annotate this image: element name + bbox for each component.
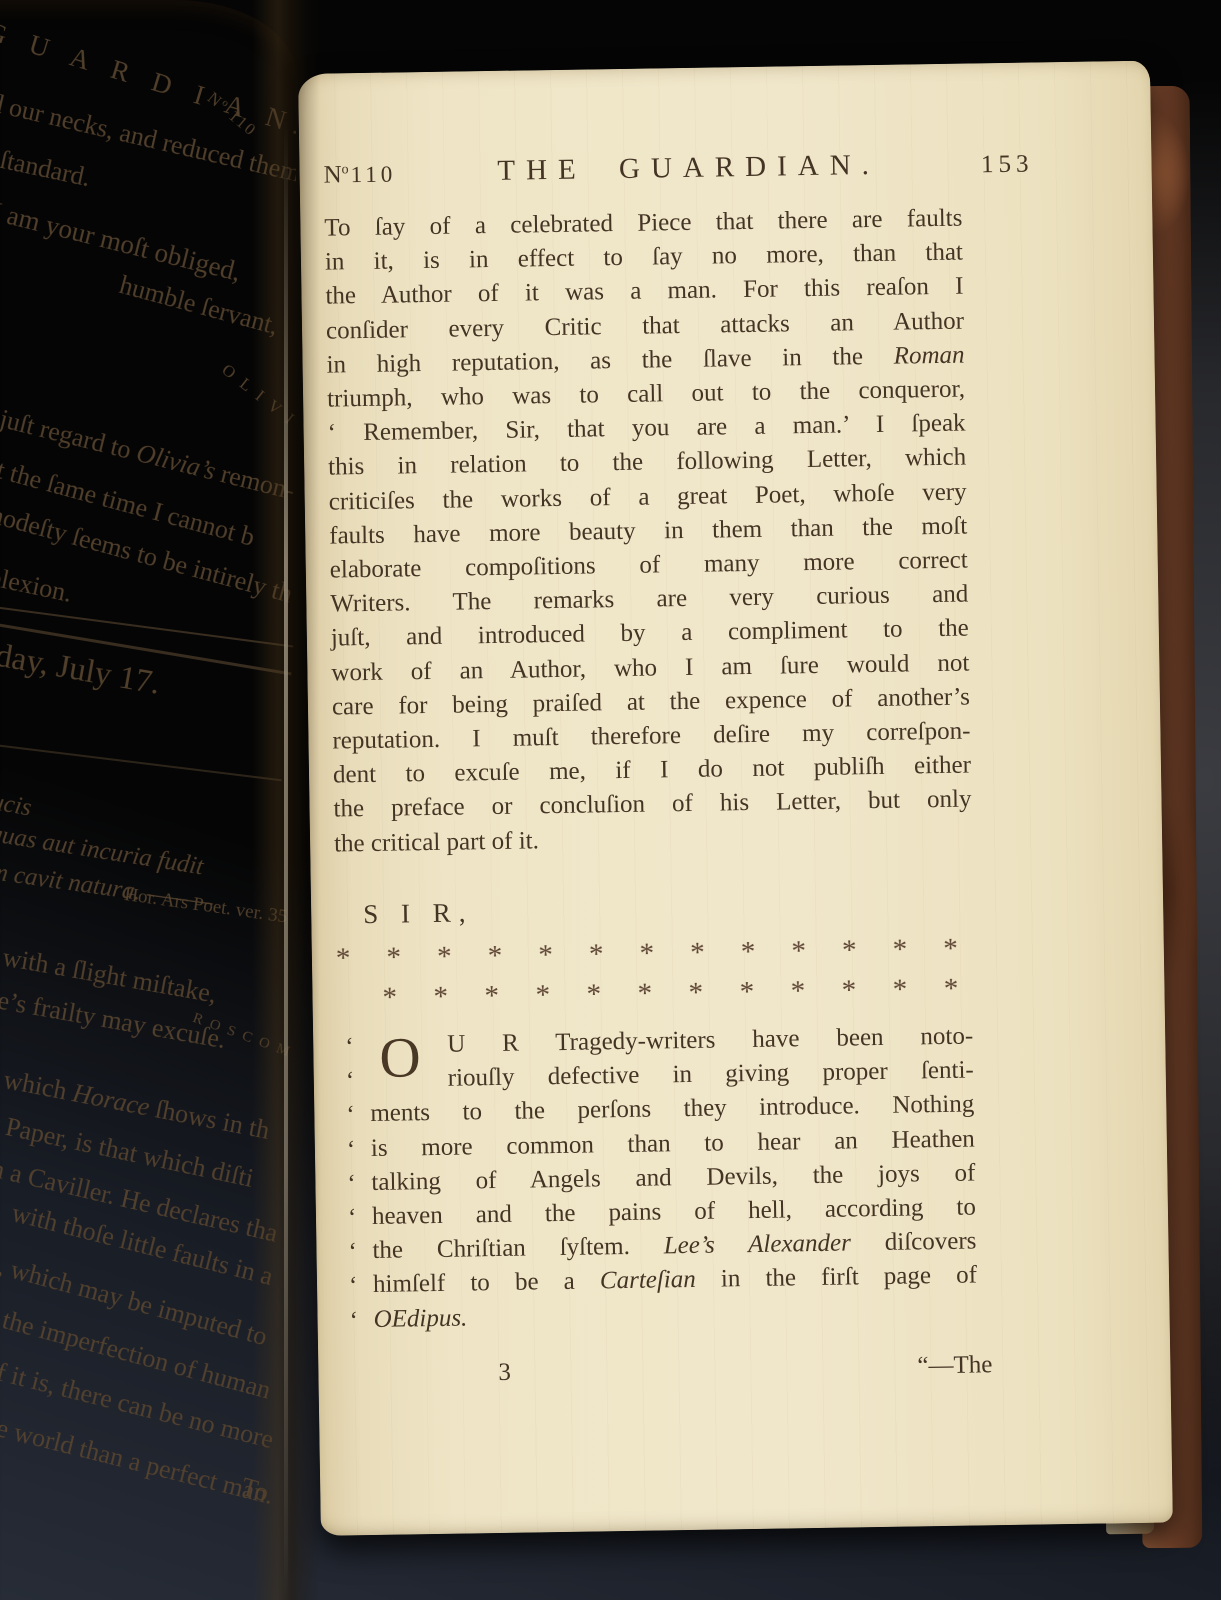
left-page: G U A R D I A N.Nº 110d our necks, and r… [0,0,296,1600]
asterisk-glyph: * [791,941,806,961]
left-page-text-fragment: ucis [0,788,34,823]
asterisk-glyph: * [944,979,959,999]
asterisk-glyph: * [589,944,604,964]
asterisk-glyph: * [386,947,401,967]
asterisk-row: ************ [382,972,958,1001]
quote-mark: ‘ [347,1133,356,1167]
asterisk-glyph: * [535,985,550,1005]
asterisk-row: ************* [336,932,958,962]
asterisk-glyph: * [842,980,857,1000]
right-page: No110 THE GUARDIAN. 153 To ſay of a cele… [298,61,1173,1536]
page-header: No110 THE GUARDIAN. 153 [323,146,1033,190]
quote-mark: ‘ [346,1064,355,1098]
letter-excerpt: O ‘U R Tragedy-writers have been noto-‘r… [369,1020,978,1337]
asterisk-glyph: * [741,942,756,962]
issue-number: No110 [323,160,396,189]
asterisk-glyph: * [484,986,499,1006]
asterisk-glyph: * [637,984,652,1004]
asterisk-glyph: * [538,945,553,965]
asterisk-glyph: * [842,940,857,960]
running-title: THE GUARDIAN. [396,147,981,189]
quote-mark: ‘ [347,1167,356,1201]
asterisk-glyph: * [689,983,704,1003]
catchword: “—The [917,1351,992,1380]
quote-mark: ‘ [346,1099,355,1133]
asterisk-glyph: * [893,980,908,1000]
quote-mark: ‘ [348,1235,357,1269]
asterisk-glyph: * [639,944,654,964]
horizontal-rule [0,604,293,647]
asterisk-glyph: * [740,982,755,1002]
quote-mark: ‘ [349,1304,358,1338]
asterisk-glyph: * [488,946,503,966]
left-page-text-fragment: plexion. [0,562,75,609]
page-number: 153 [981,150,1034,179]
asterisk-glyph: * [433,987,448,1007]
quote-mark: ‘ [345,1030,354,1064]
asterisk-glyph: * [437,947,452,967]
asterisk-glyph: * [382,988,397,1008]
left-page-text-fragment: O L I V I A [218,360,296,444]
asterisk-glyph: * [893,940,908,960]
quote-mark: ‘ [348,1201,357,1235]
intro-paragraph: To ſay of a celebrated Piece that there … [324,202,972,862]
asterisk-glyph: * [336,948,351,968]
signature-mark: 3 [498,1359,511,1386]
asterisk-glyph: * [791,981,806,1001]
left-page-text-fragment: t ſtandard. [0,142,93,193]
asterisk-glyph: * [943,939,958,959]
salutation: S I R, [363,897,474,930]
quote-mark: ‘ [349,1270,358,1304]
page-foot: 3 “—The [342,1351,992,1389]
asterisk-glyph: * [586,984,601,1004]
horizontal-rule [0,742,282,781]
left-page-text-fragment: humble ſervant, [116,270,281,341]
asterisk-glyph: * [690,943,705,963]
book-photo: G U A R D I A N.Nº 110d our necks, and r… [0,0,1221,1600]
